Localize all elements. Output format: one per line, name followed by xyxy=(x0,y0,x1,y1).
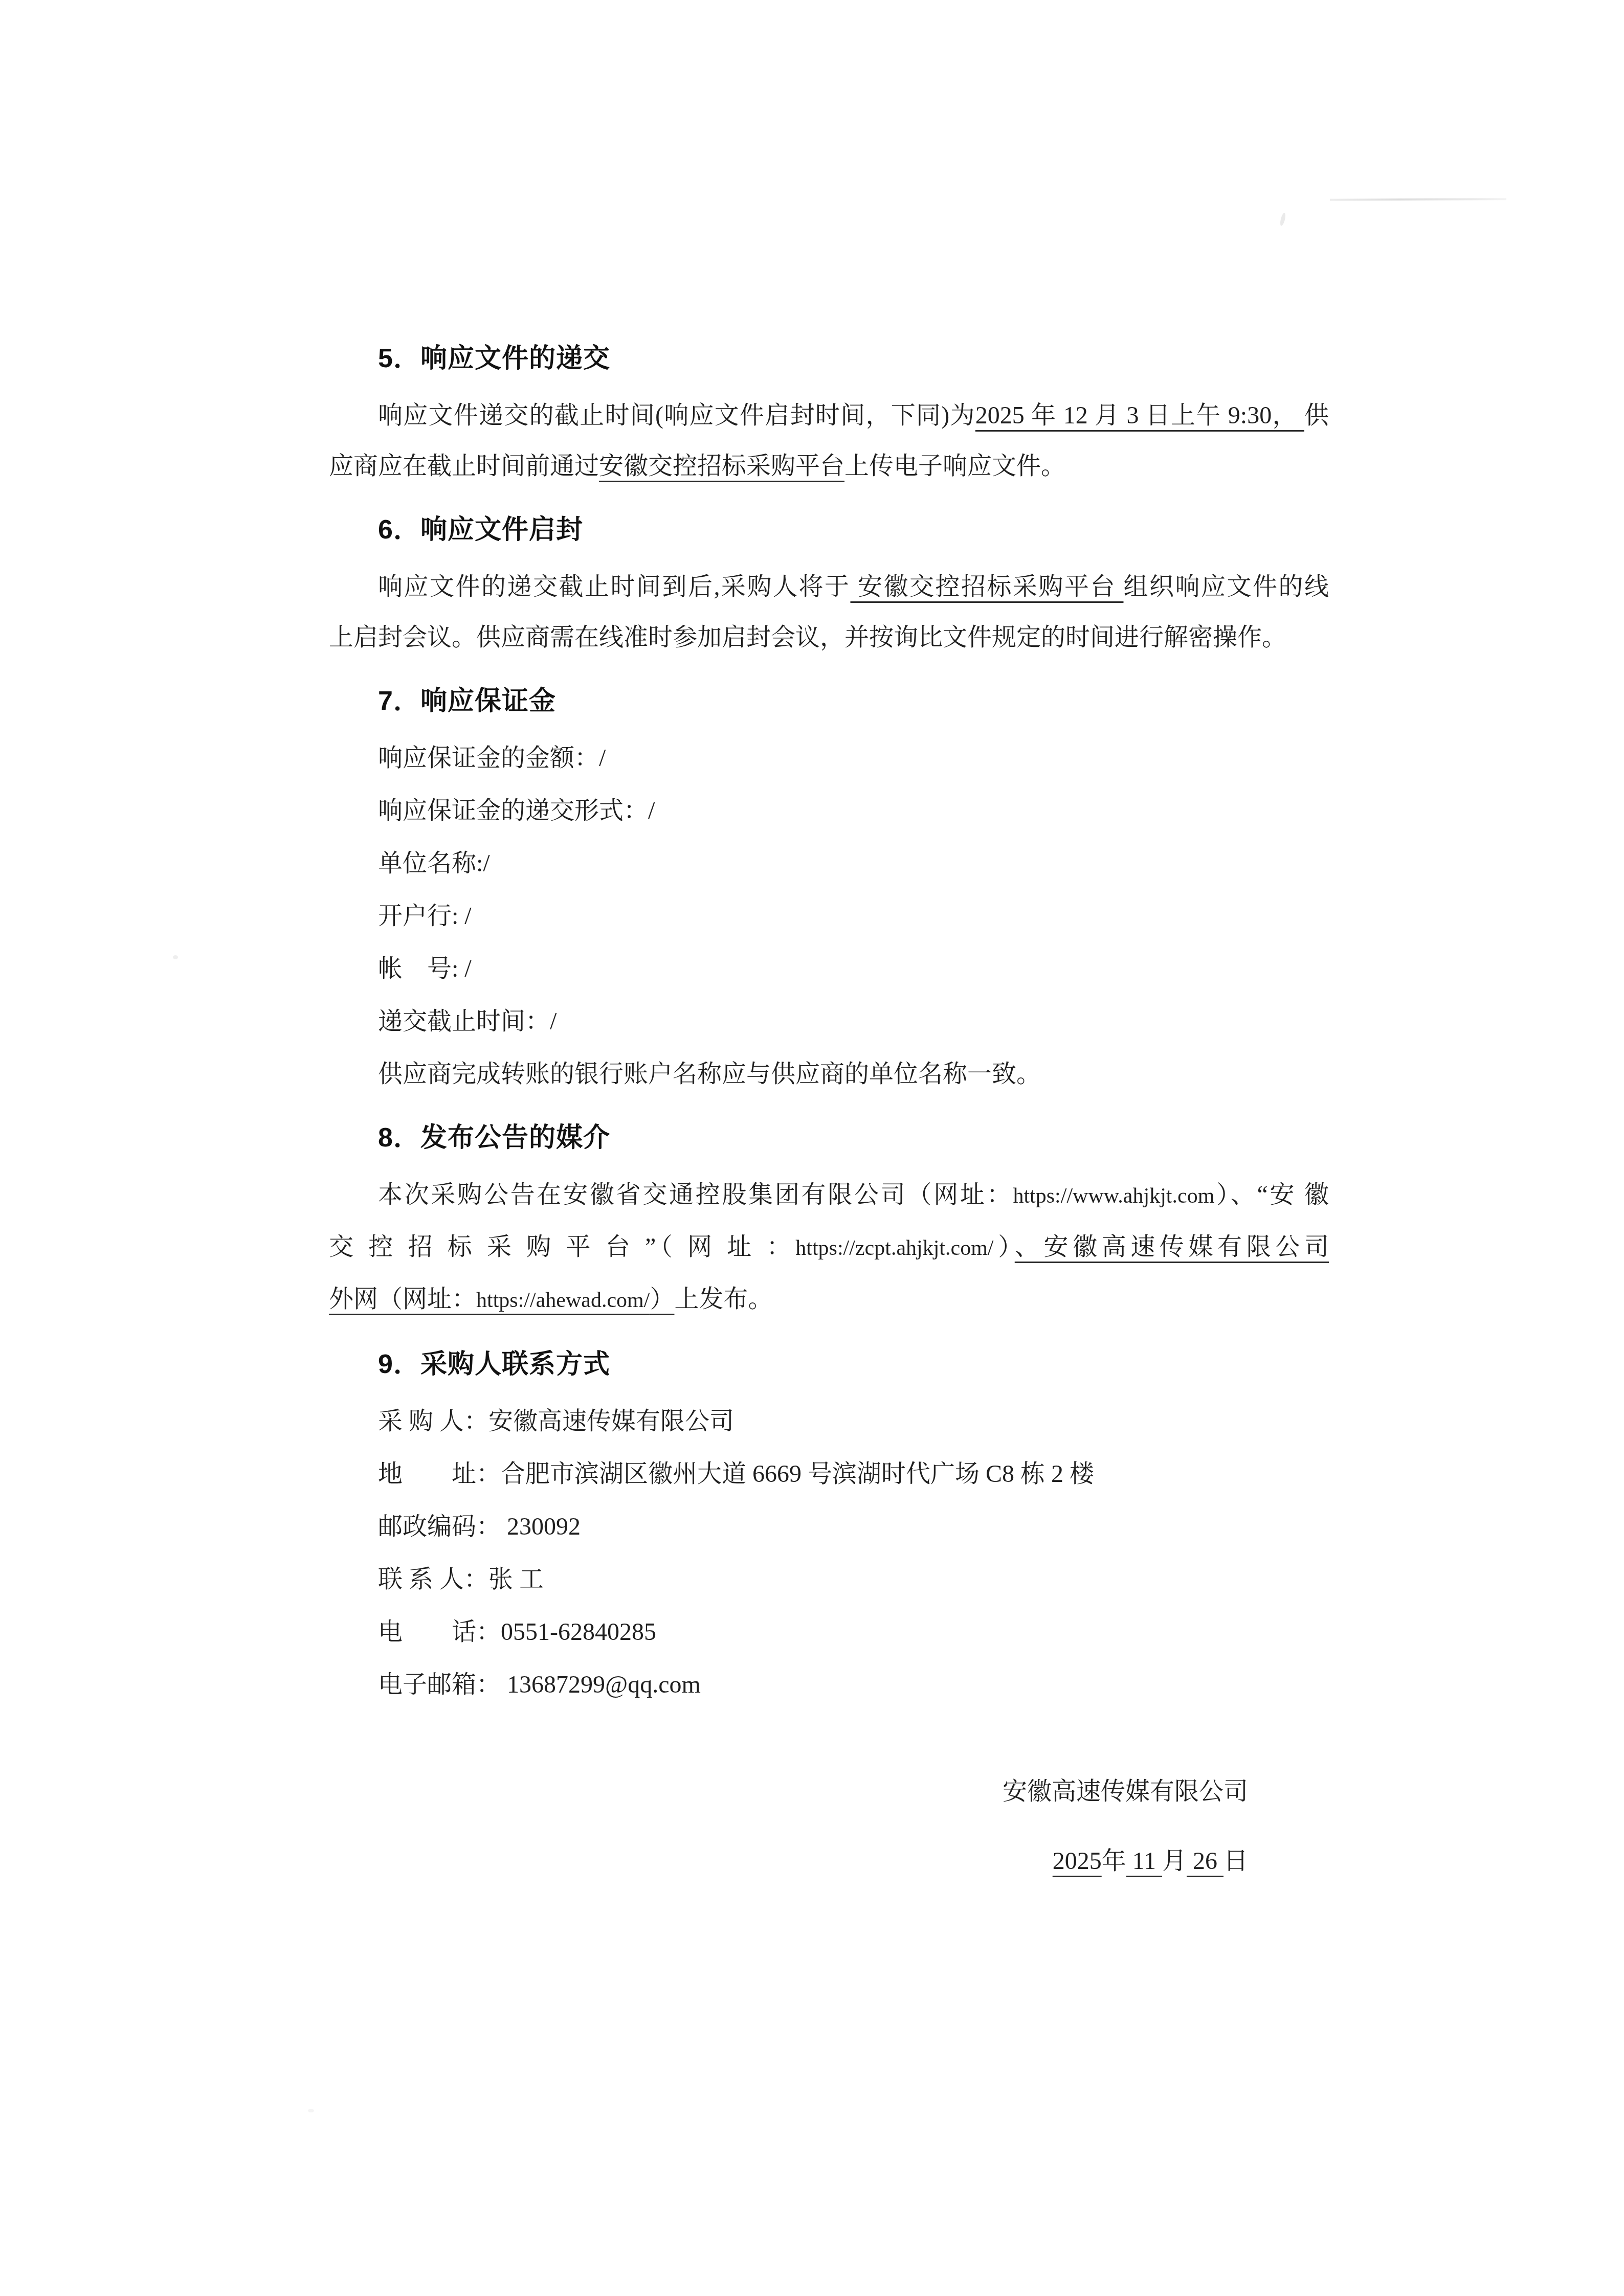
underlined-text: 外网（网址： xyxy=(329,1286,476,1313)
text-run: ） xyxy=(994,1233,1015,1260)
section-7-field-line: 供应商完成转账的银行账户名称应与供应商的单位名称一致。 xyxy=(329,1049,1329,1099)
section-7-field-line: 单位名称:/ xyxy=(329,838,1329,889)
section-5: 5．响应文件的递交响应文件递交的截止时间(响应文件启封时间，下同)为2025 年… xyxy=(329,333,1329,491)
section-7: 7．响应保证金响应保证金的金额：/响应保证金的递交形式：/单位名称:/开户行: … xyxy=(329,676,1329,1099)
underlined-text: https://ahewad.com/ xyxy=(476,1289,650,1312)
text-run: 响应文件的递交截止时间到后,采购人将于 xyxy=(378,573,850,600)
scan-artifact-speck xyxy=(308,2109,314,2112)
section-7-heading: 7．响应保证金 xyxy=(329,676,1329,727)
section-9: 9．采购人联系方式采 购 人：安徽高速传媒有限公司地 址：合肥市滨湖区徽州大道 … xyxy=(329,1339,1329,1710)
section-9-field-line: 地 址：合肥市滨湖区徽州大道 6669 号滨湖时代广场 C8 栋 2 楼 xyxy=(329,1449,1329,1499)
section-5-paragraph-line: 应商应在截止时间前通过安徽交控招标采购平台上传电子响应文件。 xyxy=(329,441,1329,491)
text-run: 年 xyxy=(1102,1848,1126,1875)
section-9-heading: 9．采购人联系方式 xyxy=(329,1339,1329,1390)
underlined-text: ） xyxy=(650,1286,674,1313)
underlined-text: 2025 年 12 月 3 日上午 9:30， xyxy=(975,402,1304,429)
text-run: ）、“安 徽 xyxy=(1214,1181,1329,1208)
document-page: 5．响应文件的递交响应文件递交的截止时间(响应文件启封时间，下同)为2025 年… xyxy=(0,0,1624,2296)
section-6-heading: 6．响应文件启封 xyxy=(329,505,1329,555)
section-7-field-line: 帐 号: / xyxy=(329,943,1329,994)
underlined-text: 26 xyxy=(1187,1848,1223,1875)
text-run: 交 控 招 标 采 购 平 台 ”（ 网 址 ： xyxy=(329,1233,795,1260)
scan-artifact-speck xyxy=(1279,212,1286,226)
underlined-text: 安徽交控招标采购平台 xyxy=(599,453,844,480)
section-9-field-line: 邮政编码： 230092 xyxy=(329,1501,1329,1552)
section-7-field-line: 递交截止时间：/ xyxy=(329,996,1329,1047)
section-8-heading: 8．发布公告的媒介 xyxy=(329,1113,1329,1163)
signature-company: 安徽高速传媒有限公司 xyxy=(329,1766,1248,1817)
section-9-field-line: 采 购 人：安徽高速传媒有限公司 xyxy=(329,1396,1329,1447)
text-run: 响应文件递交的截止时间(响应文件启封时间，下同)为 xyxy=(378,402,975,429)
text-run: 组织响应文件的线 xyxy=(1123,573,1329,600)
url-text: https://www.ahjkjt.com xyxy=(1013,1184,1214,1208)
section-5-paragraph-line: 响应文件递交的截止时间(响应文件启封时间，下同)为2025 年 12 月 3 日… xyxy=(329,390,1329,441)
section-6-paragraph-line: 响应文件的递交截止时间到后,采购人将于 安徽交控招标采购平台 组织响应文件的线 xyxy=(329,561,1329,612)
section-8: 8．发布公告的媒介本次采购公告在安徽省交通控股集团有限公司（网址：https:/… xyxy=(329,1113,1329,1326)
scan-artifact-speck xyxy=(173,955,178,959)
section-7-field-line: 响应保证金的递交形式：/ xyxy=(329,785,1329,836)
text-run: 上启封会议。供应商需在线准时参加启封会议，并按询比文件规定的时间进行解密操作。 xyxy=(329,624,1286,651)
underlined-text: 11 xyxy=(1126,1848,1162,1875)
text-run: 本次采购公告在安徽省交通控股集团有限公司（网址： xyxy=(378,1181,1013,1208)
underlined-text: 安徽交控招标采购平台 xyxy=(850,573,1123,600)
url-text: https://zcpt.ahjkjt.com/ xyxy=(795,1236,993,1260)
signature-date: 2025年 11 月 26 日 xyxy=(329,1836,1248,1886)
underlined-text: 、安徽高速传媒有限公司 xyxy=(1015,1233,1329,1260)
section-7-field-line: 响应保证金的金额：/ xyxy=(329,733,1329,783)
section-8-paragraph-line: 本次采购公告在安徽省交通控股集团有限公司（网址：https://www.ahjk… xyxy=(329,1169,1329,1222)
text-run: 日 xyxy=(1223,1848,1248,1875)
section-9-field-line: 电 话：0551-62840285 xyxy=(329,1607,1329,1657)
section-8-paragraph-line: 交 控 招 标 采 购 平 台 ”（ 网 址 ：https://zcpt.ahj… xyxy=(329,1222,1329,1274)
document-content: 5．响应文件的递交响应文件递交的截止时间(响应文件启封时间，下同)为2025 年… xyxy=(329,333,1329,1886)
text-run: 上传电子响应文件。 xyxy=(844,453,1065,480)
underlined-text: 2025 xyxy=(1053,1848,1102,1875)
text-run: 应商应在截止时间前通过 xyxy=(329,453,599,480)
section-9-field-line: 电子邮箱： 13687299@qq.com xyxy=(329,1659,1329,1710)
section-7-field-line: 开户行: / xyxy=(329,891,1329,941)
scan-artifact-line xyxy=(1330,198,1506,201)
section-8-paragraph-line: 外网（网址：https://ahewad.com/）上发布。 xyxy=(329,1274,1329,1326)
section-5-heading: 5．响应文件的递交 xyxy=(329,333,1329,384)
section-9-field-line: 联 系 人：张 工 xyxy=(329,1554,1329,1605)
section-6: 6．响应文件启封响应文件的递交截止时间到后,采购人将于 安徽交控招标采购平台 组… xyxy=(329,505,1329,663)
section-6-paragraph-line: 上启封会议。供应商需在线准时参加启封会议，并按询比文件规定的时间进行解密操作。 xyxy=(329,612,1329,663)
text-run: 月 xyxy=(1162,1848,1187,1875)
closing-block: 安徽高速传媒有限公司2025年 11 月 26 日 xyxy=(329,1766,1329,1886)
text-run: 供 xyxy=(1304,402,1329,429)
text-run: 上发布。 xyxy=(674,1286,772,1313)
